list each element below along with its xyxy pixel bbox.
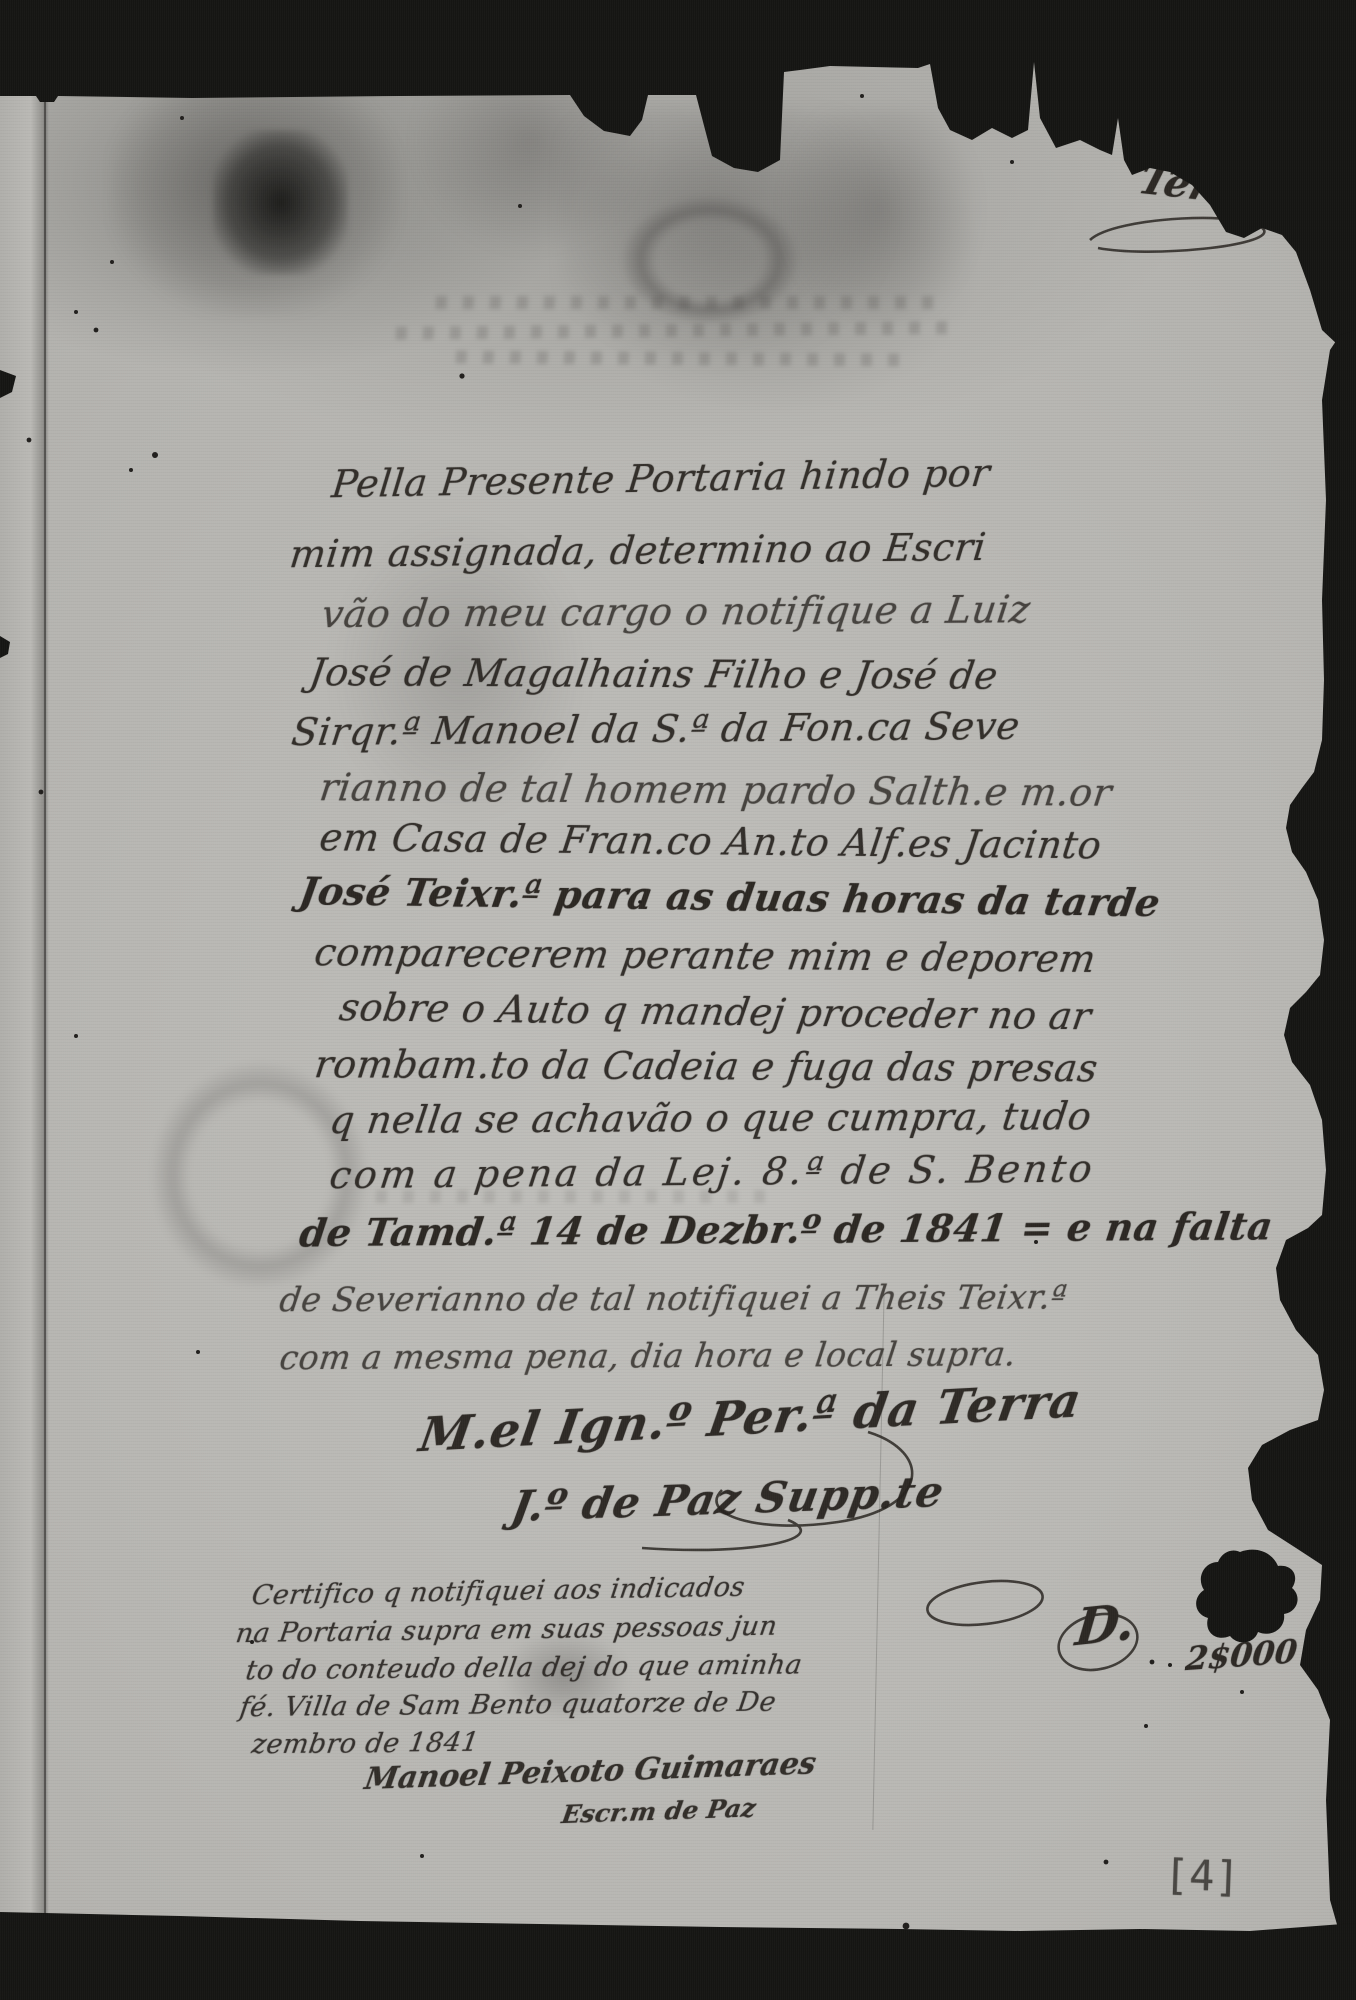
- page-fold-line: [44, 90, 46, 1920]
- certificate-line: fé. Villa de Sam Bento quatorze de De: [238, 1686, 779, 1723]
- certificate-line: zembro de 1841: [250, 1727, 482, 1760]
- adjacent-page-sliver: [0, 0, 44, 2000]
- manuscript-line: Sirqr.ª Manoel da S.ª da Fon.ca Seve: [289, 704, 1023, 754]
- manuscript-line: comparecerem perante mim e deporem: [312, 930, 1099, 981]
- manuscript-line: José de Magalhains Filho e José de: [307, 650, 1001, 698]
- manuscript-line: q nella se achavão o que cumpra, tudo: [327, 1094, 1094, 1142]
- scanned-manuscript-page: Pella Presente Portaria hindo por mim as…: [0, 0, 1356, 2000]
- corner-word: Ter: [1133, 157, 1217, 210]
- certificate-line: to do conteudo della dej do que aminha: [244, 1649, 805, 1686]
- manuscript-line: rombam.to da Cadeia e fuga das presas: [312, 1042, 1100, 1090]
- manuscript-line: de Tamd.ª 14 de Dezbr.º de 1841 = e na f…: [297, 1203, 1276, 1255]
- manuscript-line: com a pena da Lej. 8.ª de S. Bento: [327, 1146, 1098, 1197]
- manuscript-line: em Casa de Fran.co An.to Alf.es Jacinto: [317, 815, 1104, 867]
- page-bracket-number: [4]: [1163, 1850, 1241, 1902]
- manuscript-line: rianno de tal homem pardo Salth.e m.or: [317, 765, 1114, 814]
- fee-amount: 2$000: [1184, 1632, 1299, 1678]
- d-mark: D.: [1073, 1591, 1138, 1657]
- manuscript-line: sobre o Auto q mandej proceder no ar: [337, 985, 1095, 1038]
- manuscript-line: com a mesma pena, dia hora e local supra…: [277, 1334, 1019, 1377]
- manuscript-line: mim assignada, determino ao Escri: [288, 525, 989, 576]
- manuscript-line: vão do meu cargo o notifique a Luiz: [319, 587, 1033, 636]
- manuscript-line: de Severianno de tal notifiquei a Theis …: [277, 1277, 1069, 1319]
